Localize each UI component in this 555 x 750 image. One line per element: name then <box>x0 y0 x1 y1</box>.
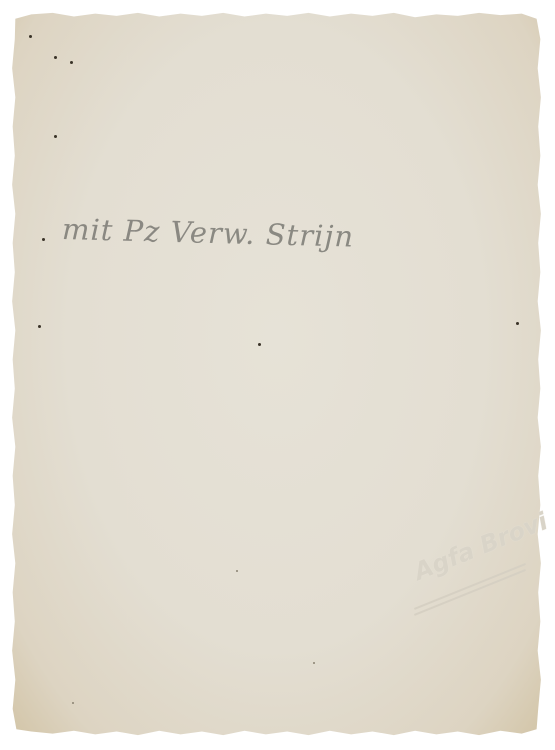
speck <box>236 570 238 572</box>
speck <box>42 238 45 241</box>
speck <box>540 42 543 45</box>
speck <box>54 56 57 59</box>
photo-back-card <box>10 10 543 738</box>
speck <box>54 135 57 138</box>
speck <box>29 35 32 38</box>
speck <box>38 325 41 328</box>
speck <box>258 343 261 346</box>
speck <box>313 662 315 664</box>
speck <box>72 702 74 704</box>
speck <box>516 322 519 325</box>
speck <box>70 61 73 64</box>
